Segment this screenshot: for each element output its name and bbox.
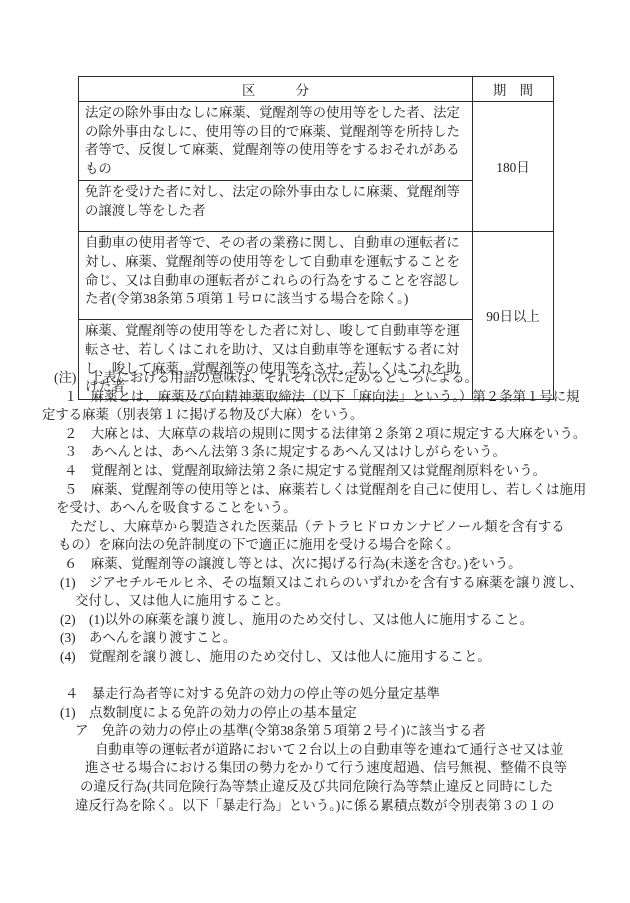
table-header-row: 区 分 期 間 xyxy=(79,77,554,102)
note-heading-line: (注) 上表における用語の意味は、それぞれ次に定めるところによる。 xyxy=(0,369,630,388)
section-4-1-a-body-line: 自動車等の運転者が道路において２台以上の自動車等を連ねて通行させ又は並 xyxy=(0,741,630,760)
note-item-6-1-line: 交付し、又は他人に施用すること。 xyxy=(0,592,630,611)
notes-section: (注) 上表における用語の意味は、それぞれ次に定めるところによる。 １ 麻薬とは… xyxy=(0,369,630,815)
section-4-1-a-body-line: 進させる場合における集団の勢力をかりて行う速度超過、信号無視、整備不良等 xyxy=(0,759,630,778)
note-item-5-line: もの）を麻向法の免許制度の下で適正に施用を受ける場合を除く。 xyxy=(0,536,630,555)
note-item-3-line: ３ あへんとは、あへん法第３条に規定するあへん又はけしがらをいう。 xyxy=(0,443,630,462)
table-row: 法定の除外事由なしに麻薬、覚醒剤等の使用等をした者、法定の除外事由なしに、使用等… xyxy=(79,102,554,181)
note-item-5-line: ５ 麻薬、覚醒剤等の使用等とは、麻薬若しくは覚醒剤を自己に使用し、若しくは施用 xyxy=(0,481,630,500)
note-item-6-3-line: (3) あへんを譲り渡すこと。 xyxy=(0,629,630,648)
note-item-5-line: を受け、あへんを吸食することをいう。 xyxy=(0,499,630,518)
note-item-6-4-line: (4) 覚醒剤を譲り渡し、施用のため交付し、又は他人に施用すること。 xyxy=(0,648,630,667)
section-4-1-a-body-line: の違反行為(共同危険行為等禁止違反及び共同危険行為等禁止違反と同時にした xyxy=(0,778,630,797)
note-item-5-line: ただし、大麻草から製造された医薬品（テトラヒドロカンナビノール類を含有する xyxy=(0,518,630,537)
table-row: 自動車の使用者等で、その者の業務に関し、自動車の運転者に対し、麻薬、覚醒剤等の使… xyxy=(79,232,554,320)
section-4-1-heading-line: (1) 点数制度による免許の効力の停止の基本量定 xyxy=(0,704,630,723)
note-item-1-line: 定する麻薬（別表第１に掲げる物及び大麻）をいう。 xyxy=(0,406,630,425)
note-item-2-line: ２ 大麻とは、大麻草の栽培の規則に関する法律第２条第２項に規定する大麻をいう。 xyxy=(0,425,630,444)
section-4-heading-line: ４ 暴走行為者等に対する免許の効力の停止等の処分量定基準 xyxy=(0,685,630,704)
note-item-1-line: １ 麻薬とは、麻薬及び向精神薬取締法（以下「麻向法」という。）第２条第１号に規 xyxy=(0,388,630,407)
category-cell: 免許を受けた者に対し、法定の除外事由なしに麻薬、覚醒剤等の譲渡し等をした者 xyxy=(79,181,473,232)
classification-period-table: 区 分 期 間 法定の除外事由なしに麻薬、覚醒剤等の使用等をした者、法定の除外事… xyxy=(78,76,554,400)
category-cell: 法定の除外事由なしに麻薬、覚醒剤等の使用等をした者、法定の除外事由なしに、使用等… xyxy=(79,102,473,181)
period-cell-180days: 180日 xyxy=(473,102,554,232)
category-cell: 自動車の使用者等で、その者の業務に関し、自動車の運転者に対し、麻薬、覚醒剤等の使… xyxy=(79,232,473,320)
note-item-6-line: ６ 麻薬、覚醒剤等の譲渡し等とは、次に掲げる行為(未遂を含む。)をいう。 xyxy=(0,555,630,574)
note-item-6-1-line: (1) ジアセチルモルヒネ、その塩類又はこれらのいずれかを含有する麻薬を譲り渡し… xyxy=(0,574,630,593)
document-page: 区 分 期 間 法定の除外事由なしに麻薬、覚醒剤等の使用等をした者、法定の除外事… xyxy=(0,0,630,903)
column-header-category: 区 分 xyxy=(79,77,473,102)
note-item-4-line: ４ 覚醒剤とは、覚醒剤取締法第２条に規定する覚醒剤又は覚醒剤原料をいう。 xyxy=(0,462,630,481)
blank-line xyxy=(0,667,630,686)
section-4-1-a-line: ア 免許の効力の停止の基準(令第38条第５項第２号イ)に該当する者 xyxy=(0,722,630,741)
note-item-6-2-line: (2) (1)以外の麻薬を譲り渡し、施用のため交付し、又は他人に施用すること。 xyxy=(0,611,630,630)
column-header-period: 期 間 xyxy=(473,77,554,102)
section-4-1-a-body-line: 違反行為を除く。以下「暴走行為」という。)に係る累積点数が令別表第３の１の xyxy=(0,797,630,816)
